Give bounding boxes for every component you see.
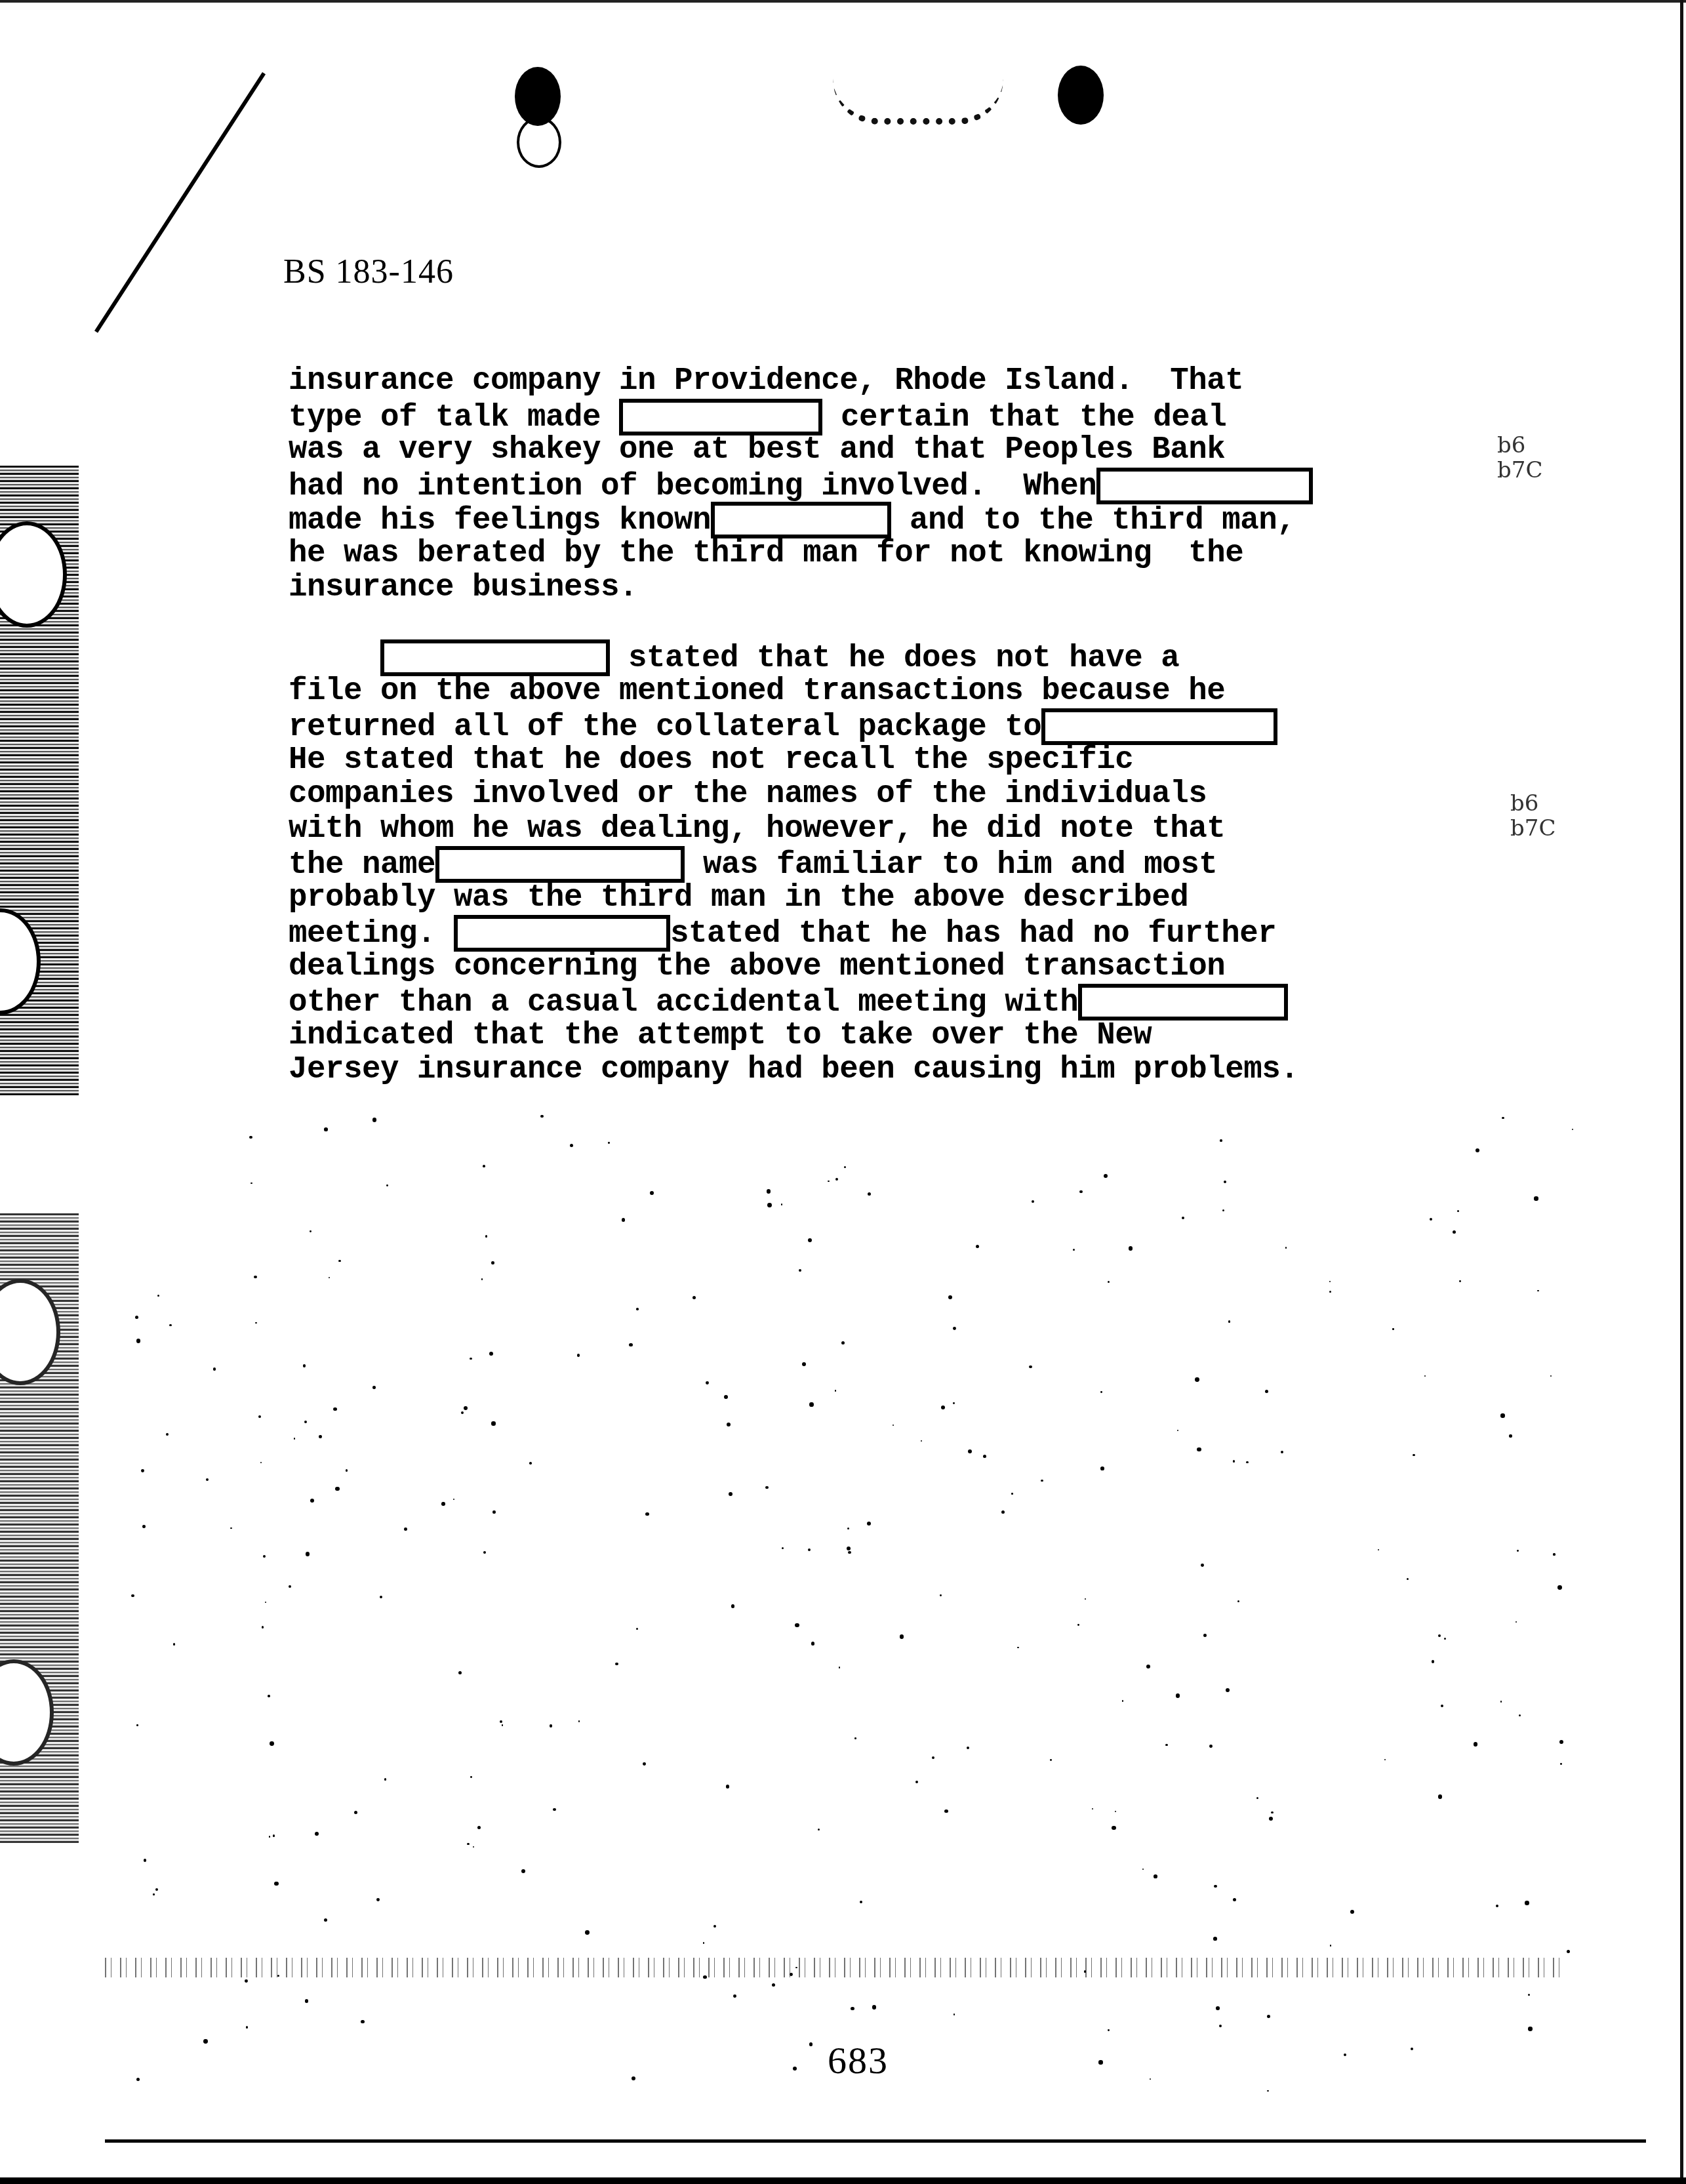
text-segment: indicated that the attempt to take over … (289, 1018, 1152, 1053)
speck (1050, 1759, 1052, 1761)
speck (1285, 1247, 1287, 1249)
speck (470, 1776, 472, 1778)
speck (294, 1438, 296, 1440)
speck (1246, 1461, 1249, 1464)
speck (1237, 1600, 1239, 1602)
speck (265, 1602, 266, 1603)
speck (847, 1527, 849, 1529)
text-segment: He stated that he does not recall the sp… (289, 742, 1133, 778)
speck (464, 1406, 468, 1410)
speck (246, 2026, 248, 2028)
speck (1001, 1510, 1005, 1514)
speck (809, 2042, 813, 2046)
speck (304, 1421, 307, 1423)
speck (1177, 1430, 1178, 1431)
speck (767, 1189, 771, 1194)
speck (841, 1341, 845, 1345)
speck (802, 1362, 806, 1366)
speck (703, 1942, 704, 1943)
speck (940, 1594, 942, 1596)
exemption-marker: b6b7C (1510, 791, 1556, 841)
speck (303, 1364, 306, 1367)
text-segment: returned all of the collateral package t… (289, 710, 1041, 745)
speck (1041, 1480, 1043, 1482)
speck (948, 1295, 952, 1299)
speck (1424, 1375, 1426, 1377)
speck (733, 1994, 736, 1998)
speck (1233, 1898, 1236, 1901)
scan-border-bottom (0, 2177, 1686, 2184)
speck (1032, 1200, 1034, 1203)
speck (915, 1781, 919, 1784)
speck (808, 1238, 812, 1242)
speck (346, 1469, 348, 1471)
speck (968, 1449, 972, 1453)
speck (727, 1423, 731, 1426)
exemption-marker: b6b7C (1497, 433, 1542, 483)
speck (315, 1832, 319, 1836)
speck (844, 1166, 846, 1168)
speck (848, 1551, 851, 1554)
speck (329, 1277, 330, 1278)
text-line: type of talk made certain that the deal (289, 399, 1313, 434)
speck (324, 1127, 328, 1131)
speck (953, 1327, 956, 1330)
speck (458, 1671, 462, 1674)
speck (153, 1893, 154, 1895)
speck (632, 2076, 635, 2080)
speck (135, 1316, 138, 1319)
speck (540, 1115, 543, 1118)
speck (268, 1695, 270, 1697)
speck (481, 1278, 483, 1280)
text-line: returned all of the collateral package t… (289, 708, 1298, 743)
speck (1459, 1280, 1461, 1282)
speck (608, 1142, 609, 1143)
speck (258, 1415, 261, 1418)
speck (213, 1367, 216, 1370)
speck (1142, 1869, 1144, 1870)
text-line: file on the above mentioned transactions… (289, 674, 1298, 709)
bottom-rule (105, 2139, 1646, 2143)
speck (1197, 1447, 1201, 1452)
redaction-box (380, 639, 610, 676)
text-segment: Jersey insurance company had been causin… (289, 1052, 1298, 1087)
speck (550, 1724, 553, 1728)
speck (781, 1203, 782, 1205)
speck (441, 1502, 445, 1505)
speck (144, 1859, 146, 1861)
paragraph: stated that he does not have afile on th… (289, 639, 1298, 1087)
speck (262, 1626, 264, 1628)
speck (1073, 1249, 1075, 1251)
speck (1567, 1950, 1571, 1954)
scan-noise (105, 1958, 1561, 1977)
text-line: with whom he was dealing, however, he di… (289, 812, 1298, 847)
speck (1216, 2006, 1220, 2010)
text-segment: type of talk made (289, 399, 619, 435)
speck (273, 1834, 275, 1836)
text-line: indicated that the attempt to take over … (289, 1019, 1298, 1053)
speck (1517, 1550, 1519, 1552)
speck (793, 2067, 797, 2071)
text-line: was a very shakey one at best and that P… (289, 433, 1313, 468)
speck (1265, 1390, 1268, 1393)
text-line: dealings concerning the above mentioned … (289, 950, 1298, 984)
speck (338, 1260, 341, 1263)
speck (643, 1762, 646, 1766)
text-line: had no intention of becoming involved. W… (289, 468, 1313, 502)
speck (270, 1741, 274, 1746)
speck (1017, 1647, 1018, 1648)
speck (263, 1555, 266, 1558)
speck (976, 1245, 980, 1249)
speck (324, 1918, 327, 1922)
speck (578, 1720, 580, 1722)
text-line: meeting. stated that he has had no furth… (289, 915, 1298, 950)
text-line: He stated that he does not recall the sp… (289, 743, 1298, 778)
speck (1430, 1218, 1432, 1221)
speck (1528, 2027, 1532, 2031)
speck (1203, 1634, 1207, 1637)
speck (706, 1381, 709, 1385)
speck (1146, 1665, 1150, 1668)
speck (726, 1785, 729, 1788)
text-segment (289, 641, 380, 676)
speck (1011, 1493, 1013, 1494)
text-line: made his feelings known and to the third… (289, 502, 1313, 536)
text-segment: dealings concerning the above mentioned … (289, 949, 1225, 984)
redaction-box (454, 915, 670, 952)
speck (1269, 1817, 1273, 1821)
speck (483, 1551, 487, 1554)
speck (1572, 1129, 1573, 1130)
speck (983, 1455, 986, 1458)
speck (1112, 1826, 1116, 1830)
speck (1550, 1375, 1552, 1377)
speck (1557, 1585, 1562, 1590)
binder-strip (0, 466, 79, 1095)
speck (376, 1898, 380, 1901)
speck (502, 1724, 504, 1726)
speck (1213, 1937, 1217, 1941)
speck (577, 1354, 580, 1357)
speck (1559, 1740, 1563, 1744)
text-line: he was berated by the third man for not … (289, 536, 1313, 571)
speck (1474, 1742, 1478, 1747)
text-segment: was a very shakey one at best and that P… (289, 432, 1225, 468)
punch-hole-icon (1058, 66, 1104, 125)
exemption-code: b6 (1497, 433, 1542, 458)
speck (333, 1407, 336, 1411)
speck (1329, 1291, 1332, 1293)
text-segment: meeting. (289, 916, 454, 952)
speck (319, 1435, 322, 1438)
speck (941, 1405, 945, 1409)
redaction-box (1096, 468, 1313, 504)
speck (467, 1843, 470, 1846)
speck (772, 1983, 776, 1987)
speck (166, 1433, 169, 1436)
speck (269, 1836, 271, 1838)
speck (491, 1261, 494, 1264)
speck (404, 1527, 407, 1531)
text-segment: with whom he was dealing, however, he di… (289, 811, 1225, 847)
text-segment: companies involved or the names of the i… (289, 777, 1207, 812)
speck (477, 1826, 481, 1829)
speck (1509, 1434, 1512, 1437)
speck (1330, 1945, 1332, 1947)
speck (1195, 1377, 1199, 1382)
speck (1100, 1466, 1104, 1470)
speck (277, 1975, 279, 1977)
speck (932, 1756, 934, 1759)
speck (230, 1527, 232, 1529)
speck (1224, 1181, 1226, 1183)
speck (453, 1499, 454, 1500)
speck (131, 1594, 134, 1597)
speck (818, 1829, 820, 1830)
speck (835, 1390, 836, 1391)
speck (1457, 1210, 1459, 1212)
speck (1271, 1811, 1273, 1813)
speck (839, 1667, 841, 1668)
text-line: Jersey insurance company had been causin… (289, 1053, 1298, 1087)
speck (1378, 1549, 1379, 1550)
speck (361, 2020, 364, 2023)
speck (483, 1165, 485, 1167)
binder-strip (0, 1213, 79, 1843)
page-number: 683 (828, 2038, 889, 2082)
exemption-code: b6 (1510, 791, 1556, 816)
speck (249, 1136, 252, 1139)
speck (1115, 1811, 1116, 1812)
speck (169, 1324, 171, 1326)
speck (622, 1218, 625, 1221)
speck (335, 1487, 340, 1491)
paragraph: insurance company in Providence, Rhode I… (289, 364, 1313, 605)
speck (1515, 1621, 1517, 1623)
speck (1384, 1759, 1386, 1760)
speck (1214, 1885, 1217, 1888)
speck (1226, 1688, 1230, 1692)
speck (254, 1276, 256, 1278)
speck (811, 1642, 814, 1645)
speck (470, 1358, 472, 1360)
speck (851, 2007, 854, 2010)
speck (731, 1604, 735, 1608)
speck (650, 1191, 654, 1195)
speck (380, 1596, 382, 1598)
speck (900, 1634, 904, 1639)
speck (1256, 1797, 1258, 1799)
speck (867, 1522, 871, 1526)
speck (868, 1192, 871, 1196)
speck (1100, 1391, 1102, 1393)
speck (1502, 1117, 1504, 1120)
speck (310, 1230, 311, 1232)
text-segment: and to the third man, (891, 503, 1295, 538)
speck (386, 1184, 388, 1186)
document-page: BS 183-146 insurance company in Providen… (0, 0, 1686, 2184)
speck (944, 1810, 948, 1813)
speck (485, 1235, 488, 1238)
text-line: stated that he does not have a (289, 639, 1298, 674)
text-segment: other than a casual accidental meeting w… (289, 985, 1078, 1021)
scan-border-top (0, 0, 1686, 3)
speck (860, 1901, 862, 1903)
speck (1411, 2048, 1413, 2050)
speck (1085, 1598, 1086, 1600)
speck (384, 1778, 386, 1780)
speck (1098, 2060, 1102, 2064)
speck (1441, 1705, 1443, 1707)
exemption-code: b7C (1510, 816, 1556, 841)
text-segment: file on the above mentioned transactions… (289, 674, 1225, 709)
speck (1392, 1328, 1394, 1330)
speck (305, 1999, 308, 2002)
text-segment: certain that the deal (822, 399, 1226, 435)
speck (1432, 1660, 1435, 1663)
speck (854, 1737, 856, 1739)
speck (585, 1930, 590, 1935)
redaction-box (435, 846, 685, 883)
speck (1122, 1700, 1123, 1701)
speck (1150, 2078, 1151, 2080)
speck (967, 1747, 969, 1749)
speck (1534, 1196, 1538, 1200)
speck (1438, 1634, 1441, 1637)
speck (1267, 2015, 1270, 2018)
speck (1104, 1174, 1108, 1178)
speck (203, 2039, 208, 2044)
speck (703, 1975, 707, 1979)
speck (1233, 1460, 1235, 1462)
speck (1209, 1745, 1213, 1748)
speck (1350, 1910, 1354, 1914)
speck (1453, 1230, 1456, 1234)
speck (306, 1552, 310, 1556)
text-line: insurance business. (289, 571, 1313, 605)
file-number: BS 183-146 (283, 253, 454, 291)
speck (808, 1548, 811, 1551)
speck (473, 1846, 475, 1848)
speck (141, 1469, 144, 1472)
speck (1108, 2029, 1110, 2031)
speck (155, 1888, 158, 1891)
text-segment: the name (289, 847, 435, 883)
speck (692, 1296, 696, 1299)
speck (136, 2078, 140, 2081)
speck (767, 1203, 772, 1207)
punch-ring-icon (517, 117, 561, 168)
speck (1079, 1190, 1082, 1193)
text-segment: stated that he has had no further (670, 916, 1276, 952)
speck (1165, 1744, 1167, 1746)
speck (713, 1925, 716, 1928)
speck (529, 1462, 532, 1465)
speck (1528, 1994, 1530, 1996)
redaction-box (1041, 708, 1277, 745)
speck (500, 1720, 502, 1723)
redaction-box (1078, 984, 1288, 1021)
speck (372, 1386, 375, 1388)
speck (1228, 1320, 1231, 1323)
speck (1407, 1578, 1409, 1580)
speck (260, 1462, 262, 1463)
speck (570, 1144, 573, 1147)
text-line: probably was the third man in the above … (289, 881, 1298, 916)
text-line: the name was familiar to him and most (289, 846, 1298, 881)
speck (461, 1411, 464, 1414)
speck (173, 1643, 175, 1645)
speck (491, 1421, 496, 1426)
speck (142, 1525, 146, 1528)
speck (765, 1486, 769, 1489)
text-segment: insurance business. (289, 570, 637, 605)
speck (1108, 1281, 1110, 1283)
speck (1438, 1794, 1442, 1798)
speck (310, 1499, 314, 1503)
speck (636, 1308, 639, 1310)
speck (492, 1510, 496, 1514)
speck (835, 1178, 838, 1181)
redaction-box (619, 399, 822, 435)
text-line: companies involved or the names of the i… (289, 777, 1298, 812)
speck (724, 1395, 728, 1399)
text-segment: insurance company in Providence, Rhode I… (289, 363, 1243, 399)
speck (157, 1295, 159, 1297)
speck (953, 1402, 955, 1404)
speck (1500, 1413, 1504, 1417)
speck (1519, 1714, 1521, 1717)
speck (921, 1440, 923, 1442)
speck (251, 1183, 252, 1184)
speck (1413, 1454, 1415, 1456)
speck (799, 1269, 801, 1272)
speck (1525, 1901, 1529, 1905)
text-segment: was familiar to him and most (685, 847, 1217, 883)
speck (1475, 1148, 1479, 1152)
speck (729, 1492, 733, 1496)
scan-border-right (1680, 0, 1683, 2184)
speck (1444, 1638, 1446, 1640)
speck (1560, 1763, 1562, 1765)
ink-smudge (833, 79, 1003, 125)
speck (795, 1967, 797, 1969)
pen-stroke (94, 72, 266, 333)
speck (1029, 1365, 1032, 1368)
speck (1329, 1281, 1331, 1282)
speck (872, 2005, 877, 2010)
speck (1220, 1139, 1222, 1142)
speck (136, 1339, 141, 1343)
speck (953, 2013, 955, 2015)
speck (782, 1547, 784, 1549)
exemption-code: b7C (1497, 458, 1542, 483)
speck (1219, 2025, 1222, 2027)
text-segment: stated that he does not have a (610, 641, 1179, 676)
text-segment: he was berated by the third man for not … (289, 536, 1243, 571)
speck (553, 1808, 556, 1811)
speck (1267, 2090, 1269, 2092)
speck (206, 1478, 209, 1481)
speck (1201, 1564, 1204, 1567)
speck (615, 1663, 618, 1666)
speck (629, 1343, 633, 1347)
text-segment: probably was the third man in the above … (289, 880, 1188, 916)
speck (645, 1512, 649, 1516)
